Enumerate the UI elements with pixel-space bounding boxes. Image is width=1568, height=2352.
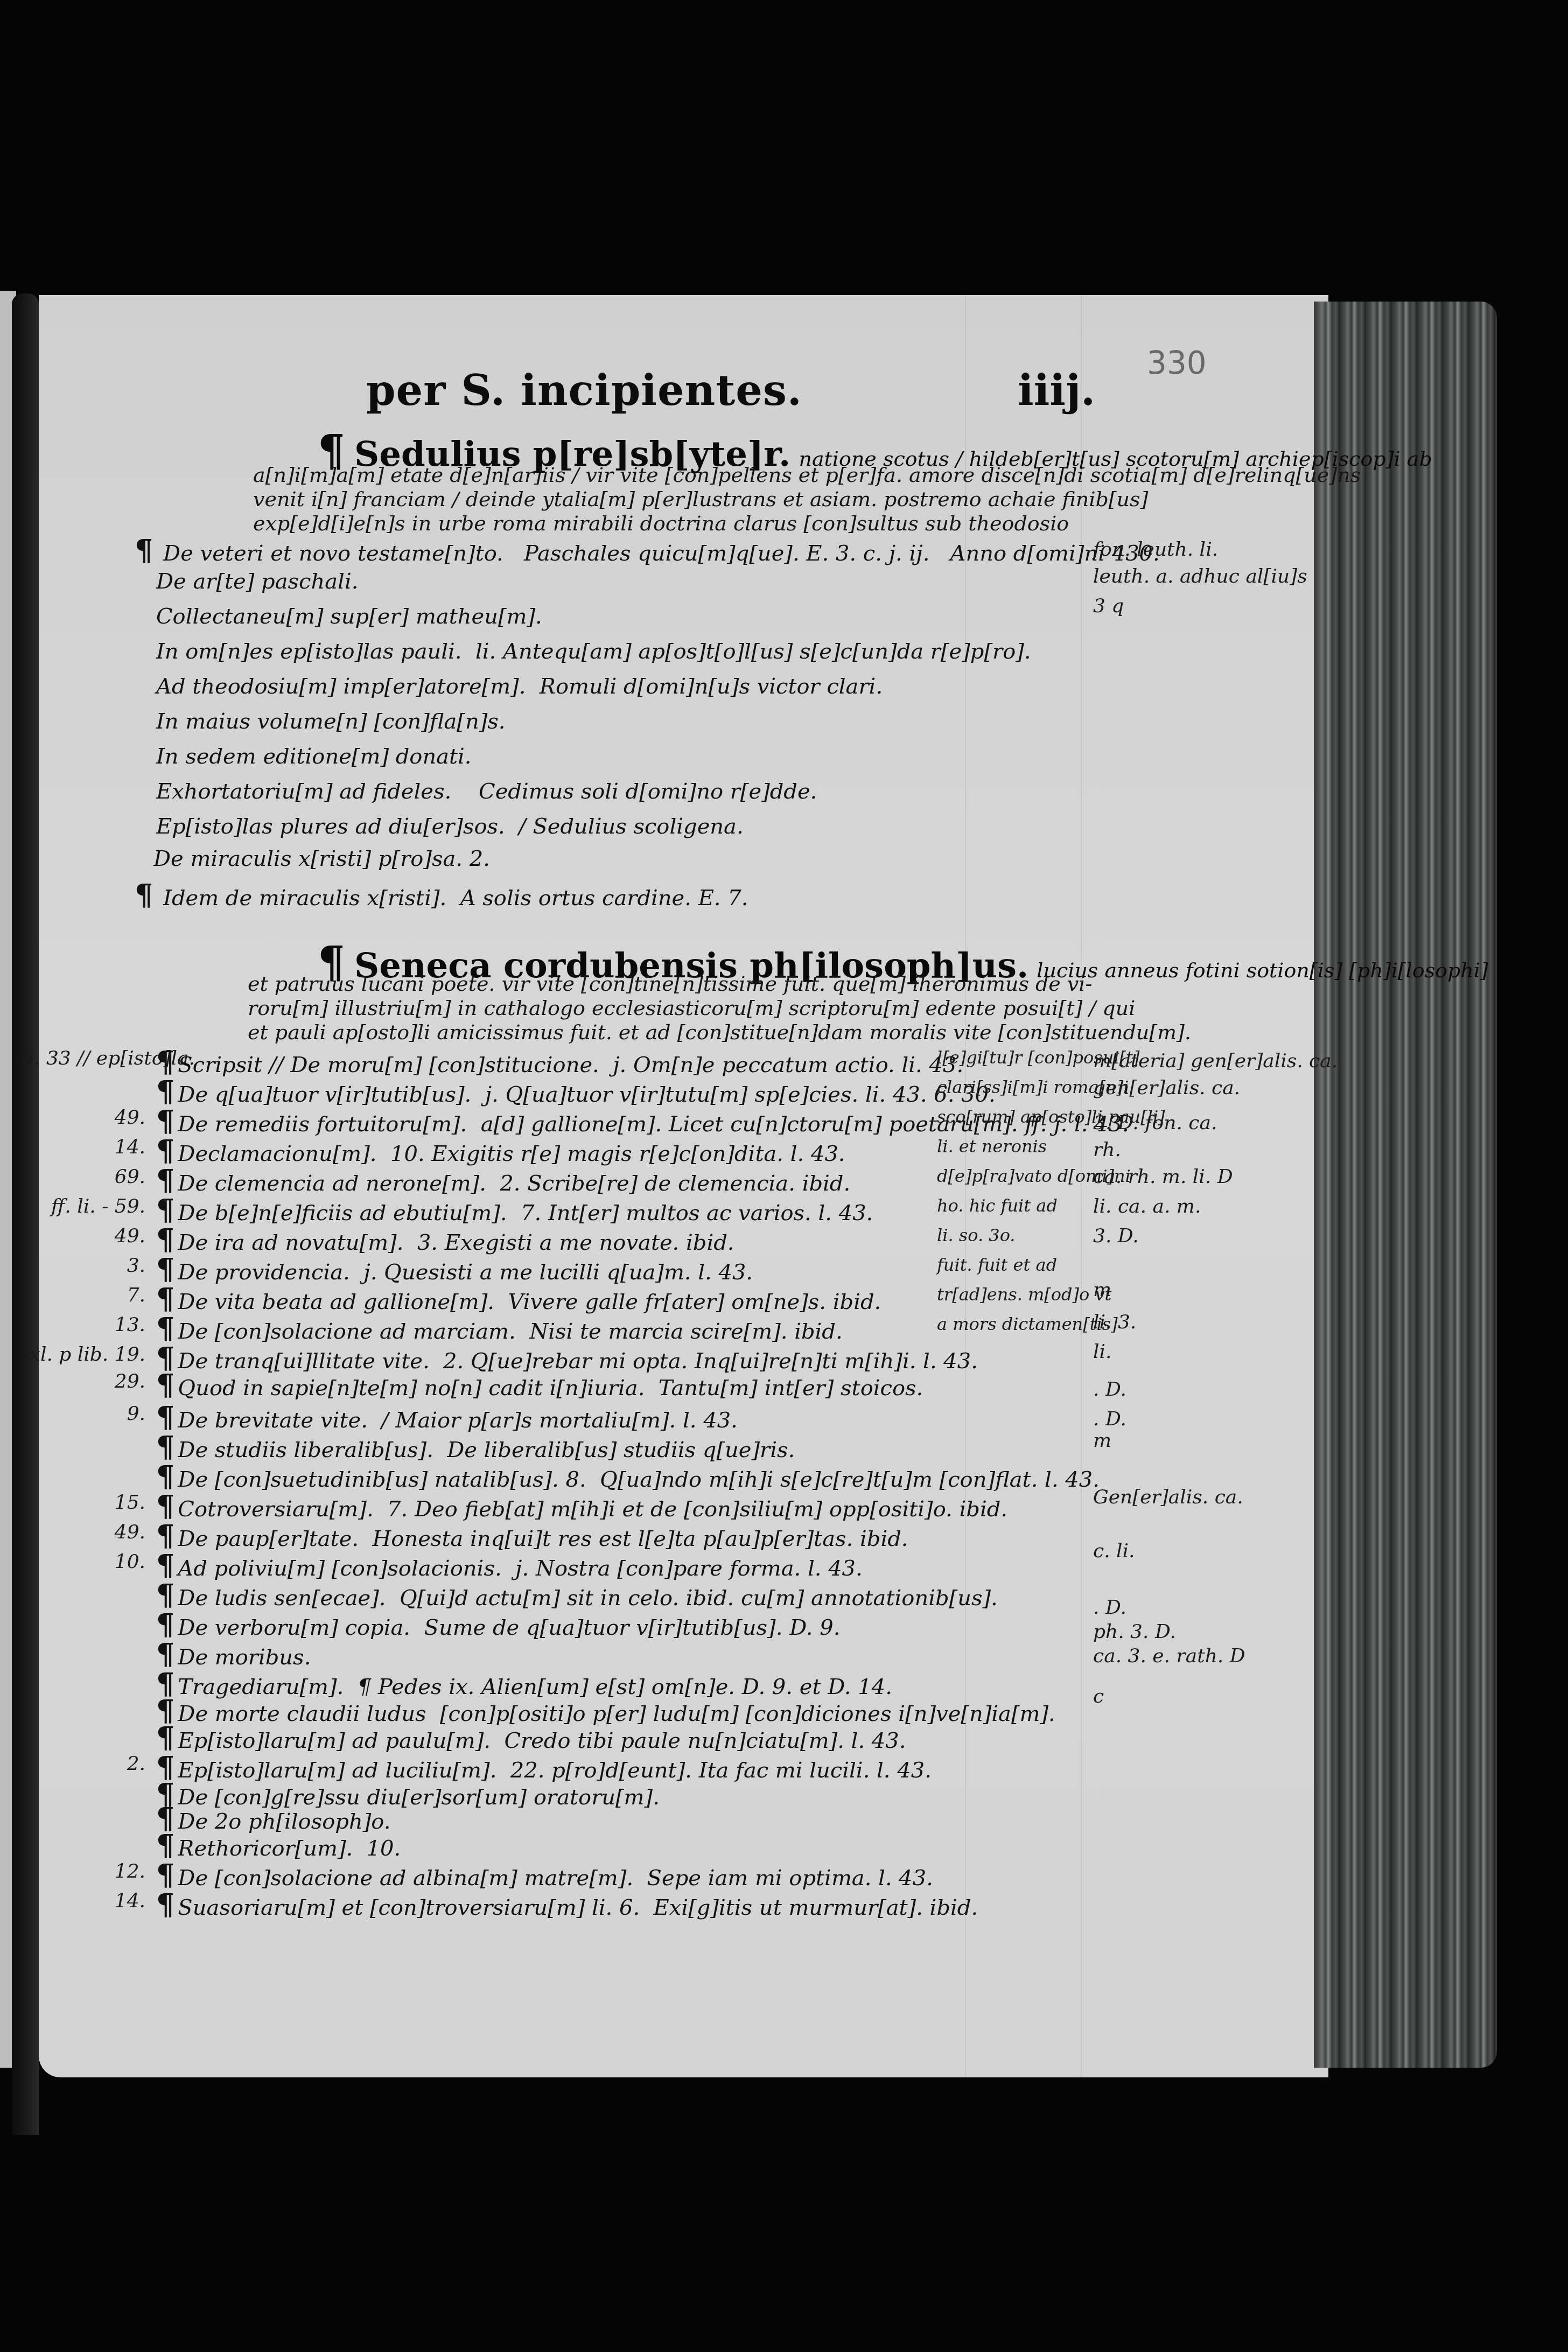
margin-reference-number: 49.	[22, 1107, 145, 1129]
work-entry: ¶De vita beata ad gallione[m]. Vivere ga…	[156, 1284, 881, 1313]
work-title: Quod in sapie[n]te[m] no[n] cadit i[n]iu…	[178, 1376, 645, 1401]
work-entry: Exhortatoriu[m] ad fideles. Cedimus soli…	[156, 781, 817, 802]
work-incipit: 10. Exigitis r[e] magis r[e]c[on]dita. l…	[390, 1142, 845, 1166]
pilcrow-icon: ¶	[135, 533, 153, 568]
work-incipit: Exi[g]itis ut murmur[at]. ibid.	[654, 1895, 978, 1920]
work-incipit: Q[ui]d actu[m] sit in celo. ibid. cu[m] …	[400, 1586, 998, 1611]
margin-note: 3. D. fon. ca.	[1093, 1112, 1217, 1134]
margin-reference-number: 12.	[22, 1860, 145, 1882]
work-entry: ¶Cotroversiaru[m]. 7. Deo fieb[at] m[ih]…	[156, 1492, 1007, 1521]
work-entry: ¶De moribus.	[156, 1640, 325, 1669]
work-title: Exhortatoriu[m] ad fideles.	[156, 779, 451, 804]
work-incipit: Vivere galle fr[ater] om[ne]s. ibid.	[508, 1290, 881, 1314]
work-incipit: 3. Exegisti a me novate. ibid.	[417, 1230, 734, 1255]
work-incipit: j. Q[ua]tuor v[ir]tutu[m] sp[e]cies. li.…	[485, 1082, 996, 1107]
work-title: In maius volume[n] [con]fla[n]s.	[156, 709, 506, 734]
work-incipit: Tantu[m] int[er] stoicos.	[659, 1376, 923, 1401]
margin-reference-number: 49.	[22, 1225, 145, 1247]
work-title: De b[e]n[e]ficiis ad ebutiu[m].	[178, 1201, 507, 1226]
work-incipit: Nisi te marcia scire[m]. ibid.	[529, 1319, 843, 1344]
margin-reference-number: 3.	[22, 1255, 145, 1277]
work-title: In om[n]es ep[isto]las pauli.	[156, 639, 462, 664]
work-entry: Collectaneu[m] sup[er] matheu[m].	[156, 606, 542, 627]
work-entry: ¶Scripsit // De moru[m] [con]stitucione.…	[156, 1047, 963, 1076]
bio-line: a[n]i[m]a[m] etate d[e]n[ar]iis / vir vi…	[253, 463, 1361, 487]
page-edges	[1314, 302, 1497, 2068]
work-title: De vita beata ad gallione[m].	[178, 1290, 494, 1314]
work-entry: ¶De [con]suetudinib[us] natalib[us]. 8. …	[156, 1462, 1100, 1491]
work-title: De verboru[m] copia.	[178, 1615, 410, 1640]
margin-note: 3 q	[1093, 595, 1124, 617]
work-title: Ep[isto]las plures ad diu[er]sos.	[156, 814, 505, 839]
work-entry: In maius volume[n] [con]fla[n]s.	[156, 711, 506, 732]
work-title: Rethoricor[um].	[178, 1836, 353, 1861]
margin-note: m[ateria] gen[er]alis. ca.	[1093, 1050, 1338, 1072]
margin-reference-number: 10.	[22, 1551, 145, 1573]
work-title: De ira ad novatu[m].	[178, 1230, 403, 1255]
work-title: De remediis fortuitoru[m].	[178, 1112, 467, 1137]
work-entry: De ar[te] paschali.	[156, 571, 358, 592]
work-title: De ar[te] paschali.	[156, 569, 358, 594]
work-incipit: / Maior p[ar]s mortaliu[m]. l. 43.	[381, 1408, 738, 1433]
margin-note: . D.	[1093, 1378, 1126, 1401]
work-entry: ¶De b[e]n[e]ficiis ad ebutiu[m]. 7. Int[…	[156, 1195, 873, 1224]
work-incipit: Honesta inq[ui]t res est l[e]ta p[au]p[e…	[372, 1527, 908, 1551]
work-entry: ¶De [con]solacione ad albina[m] matre[m]…	[156, 1860, 933, 1889]
author-bio: lucius anneus fotini sotion[is] [ph]i[lo…	[1037, 958, 1488, 982]
work-entry: ¶Declamacionu[m]. 10. Exigitis r[e] magi…	[156, 1136, 845, 1165]
work-incipit: 10.	[367, 1836, 401, 1861]
work-entry: ¶De ludis sen[ecae]. Q[ui]d actu[m] sit …	[156, 1580, 998, 1609]
margin-note: ca. rh. m. li. D	[1093, 1166, 1233, 1188]
margin-note: m	[1093, 1279, 1111, 1301]
margin-note: fon. leuth. li.	[1093, 538, 1218, 561]
margin-reference-number: 15.	[22, 1492, 145, 1514]
work-entry: ¶De 2o ph[ilosoph]o.	[156, 1804, 404, 1833]
work-title: Ad poliviu[m] [con]solacionis.	[178, 1556, 501, 1581]
work-title: De paup[er]tate.	[178, 1527, 359, 1551]
work-title: De ludis sen[ecae].	[178, 1586, 386, 1611]
bio-line: exp[e]d[i]e[n]s in urbe roma mirabili do…	[253, 512, 1069, 535]
work-entry: ¶De studiis liberalib[us]. De liberalib[…	[156, 1432, 795, 1461]
interlinear-note: a mors dictamen[tis]	[937, 1314, 1118, 1334]
margin-note: li.	[1093, 1341, 1111, 1363]
work-incipit: Sume de q[ua]tuor v[ir]tutib[us]. D. 9.	[424, 1615, 841, 1640]
margin-reference-number: 2.	[22, 1753, 145, 1775]
interlinear-note: ho. hic fuit ad	[937, 1195, 1058, 1216]
work-entry: ¶Ep[isto]laru[m] ad paulu[m]. Credo tibi…	[156, 1723, 906, 1752]
work-title: Ep[isto]laru[m] ad paulu[m].	[178, 1728, 491, 1753]
work-title: De q[ua]tuor v[ir]tutib[us].	[178, 1082, 471, 1107]
work-entry: ¶De paup[er]tate. Honesta inq[ui]t res e…	[156, 1521, 908, 1550]
margin-note: 3. D.	[1093, 1225, 1139, 1247]
work-title: In sedem editione[m] donati.	[156, 744, 472, 769]
work-entry: ¶De verboru[m] copia. Sume de q[ua]tuor …	[156, 1610, 840, 1639]
work-title: De providencia.	[178, 1260, 349, 1285]
margin-reference-number: 9.	[22, 1403, 145, 1425]
work-incipit: li. Antequ[am] ap[os]t[o]l[us] s[e]c[un]…	[475, 639, 1031, 664]
margin-reference-number: 7.	[22, 1284, 145, 1306]
work-entry: ¶De providencia. j. Quesisti a me lucill…	[156, 1255, 753, 1284]
work-entry: ¶Ad poliviu[m] [con]solacionis. j. Nostr…	[156, 1551, 863, 1580]
work-entry: ¶De morte claudii ludus [con]p[ositi]o p…	[156, 1696, 1055, 1725]
margin-reference-number: 14.	[22, 1890, 145, 1912]
margin-note: rh.	[1093, 1139, 1121, 1161]
work-entry: Ad theodosiu[m] imp[er]atore[m]. Romuli …	[156, 676, 883, 697]
pilcrow-icon: ¶	[135, 878, 153, 912]
margin-note: li. 3.	[1093, 1311, 1136, 1333]
margin-reference-number: 29.	[22, 1370, 145, 1392]
work-entry: In sedem editione[m] donati.	[156, 746, 472, 767]
work-incipit: 2. Scribe[re] de clemencia. ibid.	[500, 1171, 850, 1196]
work-incipit: Romuli d[omi]n[u]s victor clari.	[540, 674, 883, 699]
work-incipit: A solis ortus cardine. E. 7.	[460, 886, 748, 911]
work-title: De moribus.	[178, 1645, 311, 1670]
work-title: Scripsit // De moru[m] [con]stitucione.	[178, 1053, 599, 1077]
work-entry: ¶Ep[isto]laru[m] ad luciliu[m]. 22. p[ro…	[156, 1753, 932, 1782]
folio-number-roman: iiij.	[1018, 366, 1095, 415]
work-title: De [con]solacione ad marciam.	[178, 1319, 515, 1344]
work-incipit: Cedimus soli d[omi]no r[e]dde.	[479, 779, 817, 804]
work-entry: ¶Quod in sapie[n]te[m] no[n] cadit i[n]i…	[156, 1370, 923, 1399]
bio-line: et patruus lucani poete. vir vite [con]t…	[248, 972, 1092, 996]
margin-note: Gen[er]alis. ca.	[1093, 1486, 1243, 1508]
margin-reference-number: 69.	[22, 1166, 145, 1188]
margin-reference-number: 14.	[22, 1136, 145, 1158]
work-title: De miraculis x[risti] p[ro]sa. 2.	[153, 846, 490, 871]
work-entry: ¶De tranq[ui]llitate vite. 2. Q[ue]rebar…	[156, 1343, 978, 1373]
running-title: per S. incipientes.	[366, 366, 802, 415]
interlinear-note: tr[ad]ens. m[od]o vt	[937, 1284, 1111, 1305]
bio-line: venit i[n] franciam / deinde ytalia[m] p…	[253, 487, 1148, 511]
margin-note: . D.	[1093, 1408, 1126, 1430]
bio-line: et pauli ap[osto]li amicissimus fuit. et…	[248, 1020, 1191, 1044]
work-incipit: 7. Deo fieb[at] m[ih]i et de [con]siliu[…	[387, 1497, 1007, 1522]
margin-note: c	[1093, 1685, 1104, 1707]
pilcrow-icon: ¶	[156, 1368, 174, 1402]
work-title: De veteri et novo testame[n]to.	[163, 541, 503, 566]
work-incipit: / Sedulius scoligena.	[519, 814, 743, 839]
margin-note: . D.	[1093, 1597, 1126, 1619]
work-entry: Ep[isto]las plures ad diu[er]sos. / Sedu…	[156, 816, 744, 837]
work-entry: ¶ De veteri et novo testame[n]to. Pascha…	[135, 536, 1160, 565]
interlinear-note: li. et neronis	[937, 1136, 1047, 1157]
work-incipit: De liberalib[us] studiis q[ue]ris.	[447, 1438, 795, 1462]
work-incipit: Sepe iam mi optima. l. 43.	[647, 1866, 933, 1891]
work-entry: ¶Suasoriaru[m] et [con]troversiaru[m] li…	[156, 1890, 978, 1919]
bio-line: roru[m] illustriu[m] in cathalogo eccles…	[248, 996, 1135, 1020]
work-entry: ¶Rethoricor[um]. 10.	[156, 1831, 401, 1860]
margin-note: m	[1093, 1430, 1111, 1452]
page-header: per S. incipientes. iiij. 330	[318, 345, 1233, 420]
work-incipit: 7. Int[er] multos ac varios. l. 43.	[521, 1201, 873, 1226]
work-title: Declamacionu[m].	[178, 1142, 376, 1166]
margin-note: c. li.	[1093, 1540, 1135, 1562]
work-title: De brevitate vite.	[178, 1408, 367, 1433]
margin-reference-number: ff. li. - 59.	[22, 1195, 145, 1217]
margin-reference-number: li. 33 // ep[isto]la.	[22, 1047, 145, 1069]
margin-note: ca. 3. e. rath. D	[1093, 1645, 1245, 1667]
work-title: De clemencia ad nerone[m].	[178, 1171, 486, 1196]
work-title: De studiis liberalib[us].	[178, 1438, 433, 1462]
margin-note: gen[er]alis. ca.	[1093, 1077, 1240, 1099]
work-entry: In om[n]es ep[isto]las pauli. li. Antequ…	[156, 641, 1031, 662]
work-incipit: Q[ua]ndo m[ih]i s[e]c[re]t[u]m [con]flat…	[600, 1467, 1100, 1492]
work-title: Idem de miraculis x[risti].	[163, 886, 446, 911]
work-entry: ¶Tragediaru[m]. ¶ Pedes ix. Alien[um] e[…	[156, 1669, 892, 1698]
work-entry: De miraculis x[risti] p[ro]sa. 2.	[153, 848, 490, 870]
margin-note: leuth. a. adhuc al[iu]s	[1093, 565, 1307, 587]
work-entry: ¶De clemencia ad nerone[m]. 2. Scribe[re…	[156, 1166, 850, 1195]
margin-note: li. ca. a. m.	[1093, 1195, 1201, 1217]
work-entry: ¶ Idem de miraculis x[risti]. A solis or…	[135, 880, 748, 909]
work-incipit: j. Nostra [con]pare forma. l. 43.	[515, 1556, 863, 1581]
margin-note: ph. 3. D.	[1093, 1621, 1176, 1643]
work-entry: ¶De ira ad novatu[m]. 3. Exegisti a me n…	[156, 1225, 734, 1254]
work-entry: ¶De brevitate vite. / Maior p[ar]s morta…	[156, 1403, 738, 1432]
work-incipit: Credo tibi paule nu[n]ciatu[m]. l. 43.	[504, 1728, 906, 1753]
work-title: Ad theodosiu[m] imp[er]atore[m].	[156, 674, 526, 699]
work-title: De [con]solacione ad albina[m] matre[m].	[178, 1866, 633, 1891]
work-incipit: Paschales quicu[m]q[ue]. E. 3. c. j. ij.	[524, 541, 929, 566]
folio-number-pencil: 330	[1147, 345, 1207, 381]
work-entry: ¶De q[ua]tuor v[ir]tutib[us]. j. Q[ua]tu…	[156, 1077, 996, 1106]
work-title: Collectaneu[m] sup[er] matheu[m].	[156, 604, 542, 629]
work-incipit: j. Om[n]e peccatum actio. li. 43.	[613, 1053, 963, 1077]
interlinear-note: li. so. 3o.	[937, 1225, 1016, 1245]
work-title: De [con]suetudinib[us] natalib[us]. 8.	[178, 1467, 586, 1492]
work-title: Cotroversiaru[m].	[178, 1497, 373, 1522]
work-title: Suasoriaru[m] et [con]troversiaru[m] li.…	[178, 1895, 640, 1920]
margin-reference-number: xl. p lib. 19.	[22, 1343, 145, 1366]
work-incipit: j. Quesisti a me lucilli q[ua]m. l. 43.	[363, 1260, 753, 1285]
pilcrow-icon: ¶	[156, 1887, 174, 1922]
interlinear-note: fuit. fuit et ad	[937, 1255, 1057, 1275]
margin-reference-number: 49.	[22, 1521, 145, 1543]
margin-reference-number: 13.	[22, 1314, 145, 1336]
work-entry: ¶De [con]solacione ad marciam. Nisi te m…	[156, 1314, 843, 1343]
